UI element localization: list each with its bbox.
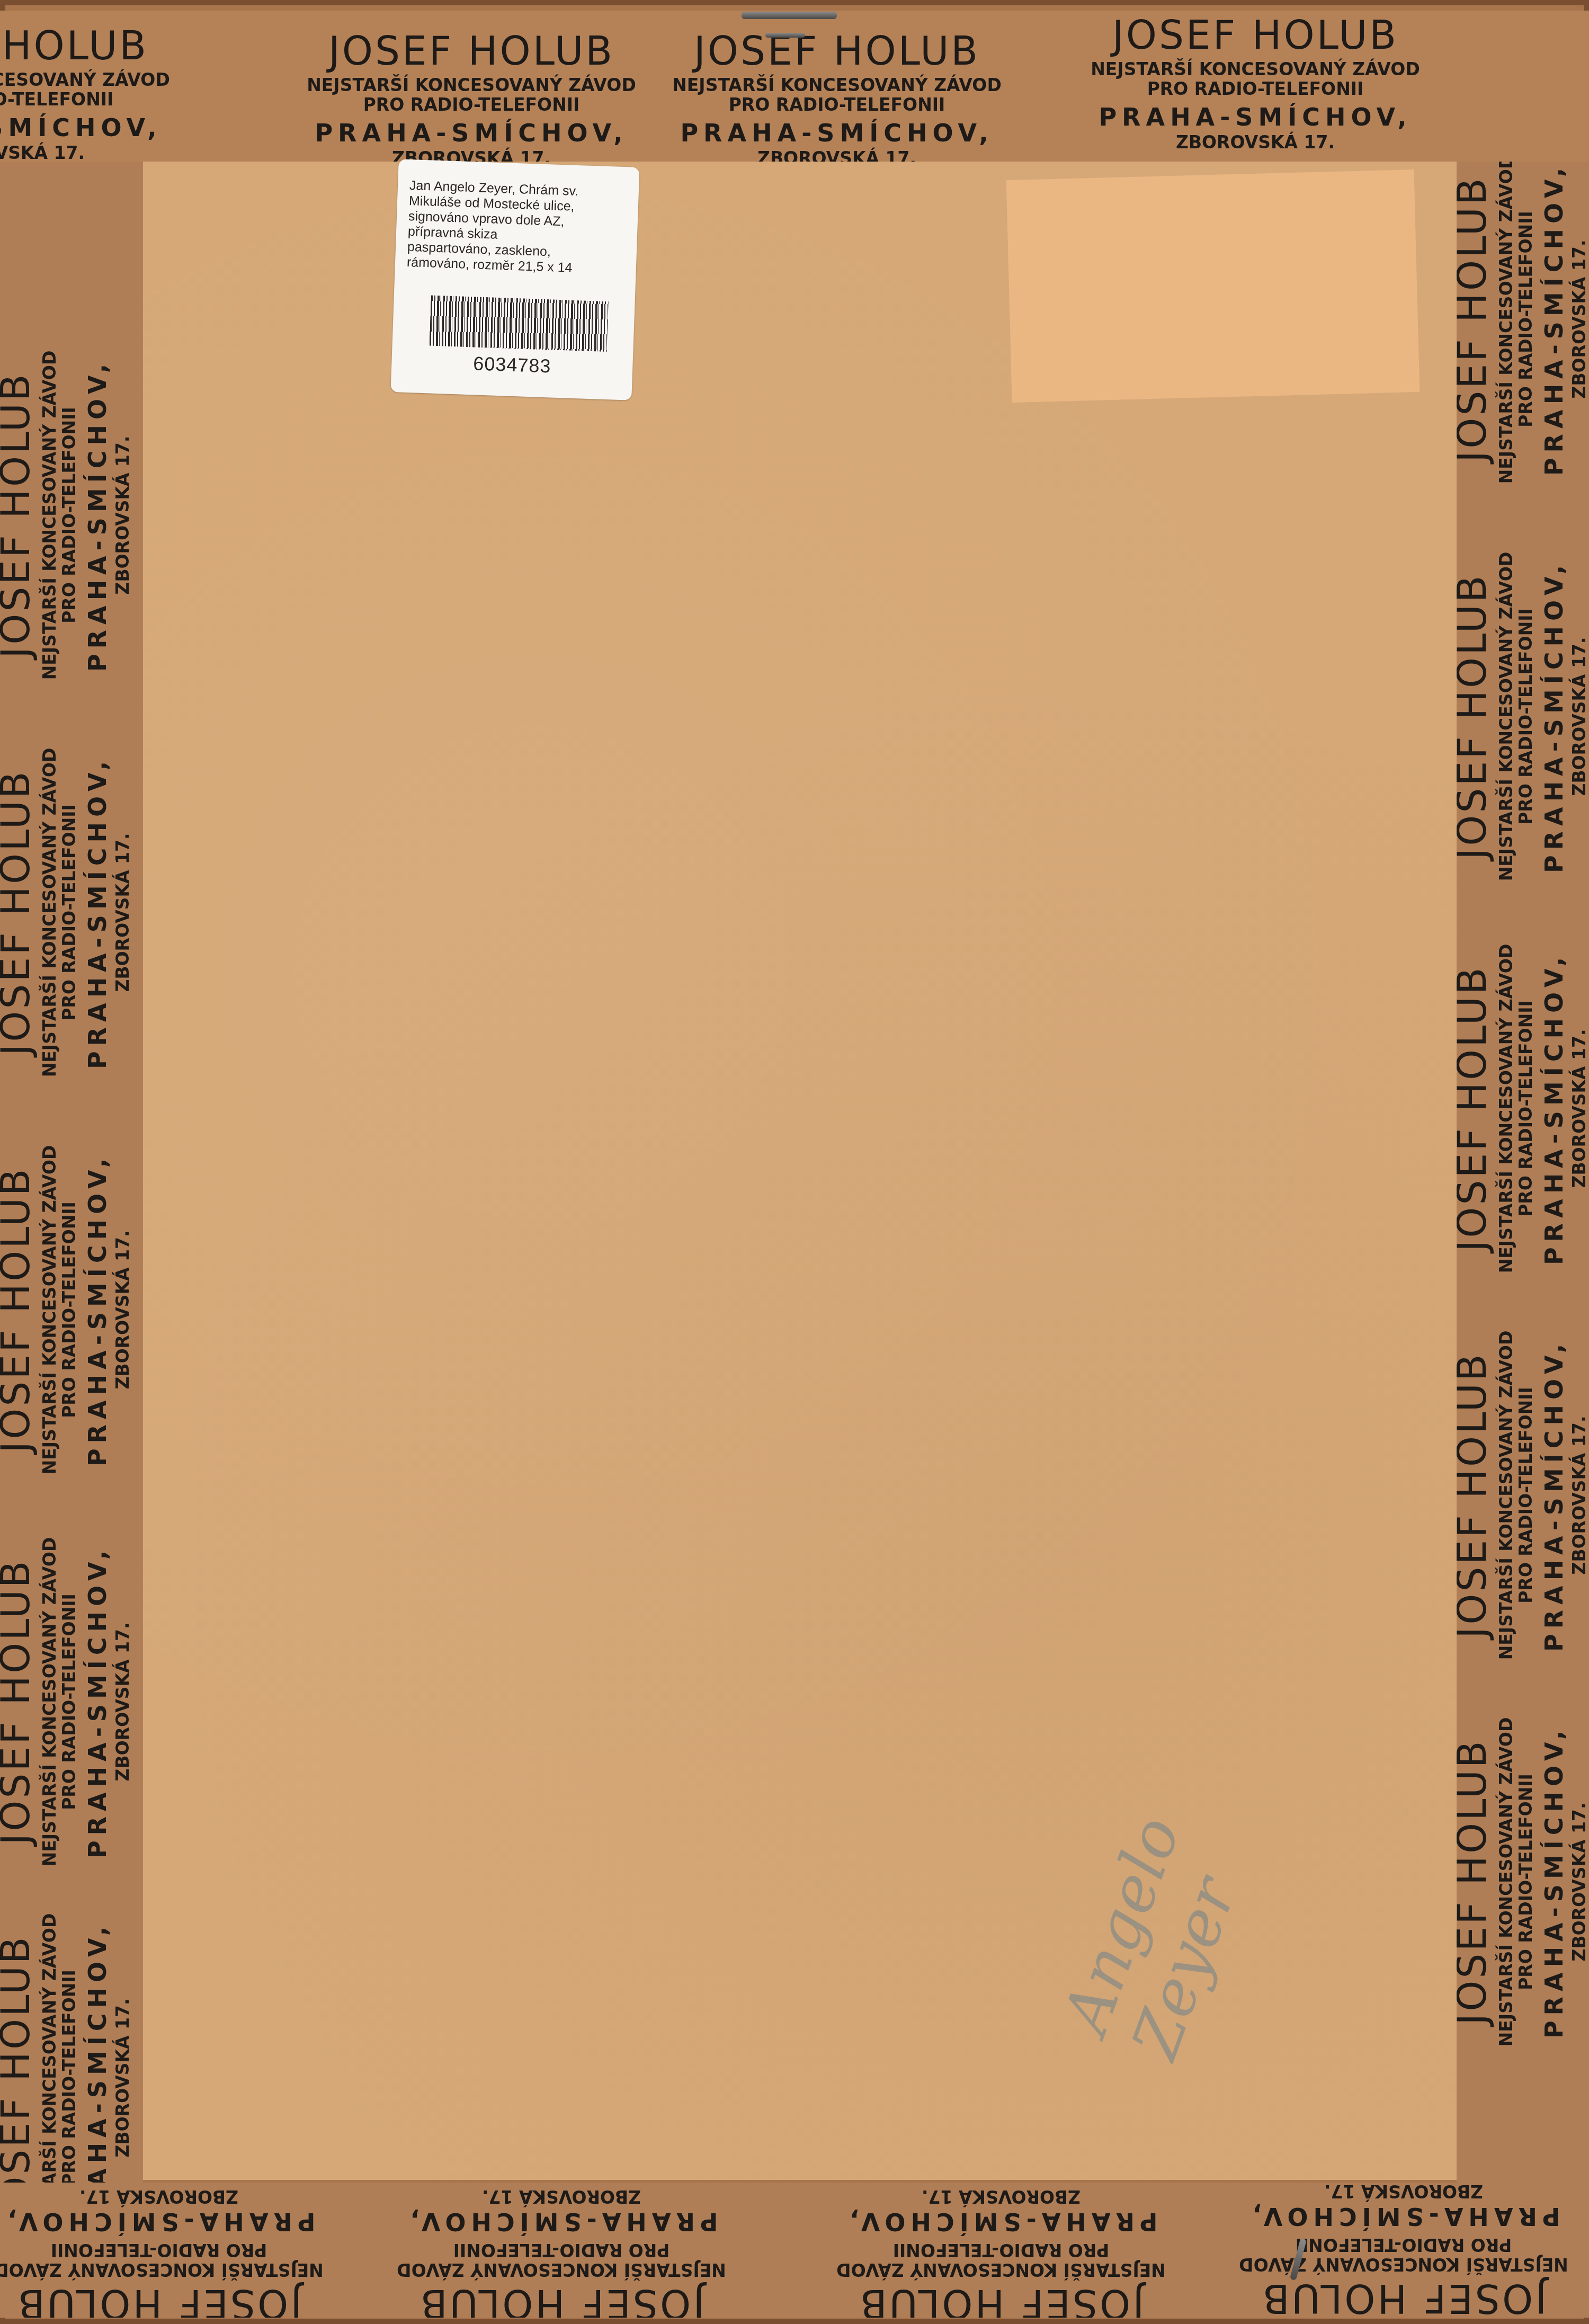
tape-bottom: JOSEF HOLUB NEJSTARŠÍ KONCESOVANÝ ZÁVOD … [0, 2183, 1589, 2318]
barcode [430, 295, 609, 352]
tape-stamp: JOSEF HOLUB NEJSTARŠÍ KONCESOVANÝ ZÁVOD … [1234, 2183, 1573, 2318]
tape-stamp: JOSEF HOLUB NEJSTARŠÍ KONCESOVANÝ ZÁVOD … [0, 26, 175, 162]
tape-stamp: JOSEF HOLUB NEJSTARŠÍ KONCESOVANÝ ZÁVOD … [1457, 1713, 1588, 2052]
tape-stamp: JOSEF HOLUB NEJSTARŠÍ KONCESOVANÝ ZÁVOD … [0, 1141, 131, 1480]
tape-stamp: JOSEF HOLUB NEJSTARŠÍ KONCESOVANÝ ZÁVOD … [1086, 16, 1425, 151]
tape-stamp: JOSEF HOLUB NEJSTARŠÍ KONCESOVANÝ ZÁVOD … [832, 2188, 1171, 2318]
hanger-staple [742, 12, 837, 19]
tape-right: JOSEF HOLUB NEJSTARŠÍ KONCESOVANÝ ZÁVOD … [1457, 162, 1589, 2183]
tape-stamp: JOSEF HOLUB NEJSTARŠÍ KONCESOVANÝ ZÁVOD … [0, 1533, 131, 1872]
tape-left: JOSEF HOLUB NEJSTARŠÍ KONCESOVANÝ ZÁVOD … [0, 162, 143, 2183]
tape-stamp: JOSEF HOLUB NEJSTARŠÍ KONCESOVANÝ ZÁVOD … [0, 346, 131, 685]
tape-stamp: JOSEF HOLUB NEJSTARŠÍ KONCESOVANÝ ZÁVOD … [1457, 1326, 1588, 1665]
tape-stamp: JOSEF HOLUB NEJSTARŠÍ KONCESOVANÝ ZÁVOD … [1457, 939, 1588, 1278]
tape-stamp: JOSEF HOLUB NEJSTARŠÍ KONCESOVANÝ ZÁVOD … [302, 32, 641, 162]
tape-stamp: JOSEF HOLUB NEJSTARŠÍ KONCESOVANÝ ZÁVOD … [1457, 162, 1588, 489]
barcode-number: 6034783 [391, 350, 633, 380]
tape-stamp: JOSEF HOLUB NEJSTARŠÍ KONCESOVANÝ ZÁVOD … [0, 2188, 328, 2318]
auction-label: Jan Angelo Zeyer, Chrám sv. Mikuláše od … [390, 159, 639, 400]
tape-stamp: JOSEF HOLUB NEJSTARŠÍ KONCESOVANÝ ZÁVOD … [1457, 547, 1588, 886]
tape-stamp: JOSEF HOLUB NEJSTARŠÍ KONCESOVANÝ ZÁVOD … [0, 1909, 131, 2183]
label-text: Jan Angelo Zeyer, Chrám sv. Mikuláše od … [407, 178, 627, 278]
tape-stamp: JOSEF HOLUB NEJSTARŠÍ KONCESOVANÝ ZÁVOD … [667, 32, 1006, 162]
tape-stamp: JOSEF HOLUB NEJSTARŠÍ KONCESOVANÝ ZÁVOD … [0, 743, 131, 1082]
tape-stamp: JOSEF HOLUB NEJSTARŠÍ KONCESOVANÝ ZÁVOD … [392, 2188, 731, 2318]
nail [765, 33, 805, 38]
pale-patch [1006, 170, 1420, 403]
